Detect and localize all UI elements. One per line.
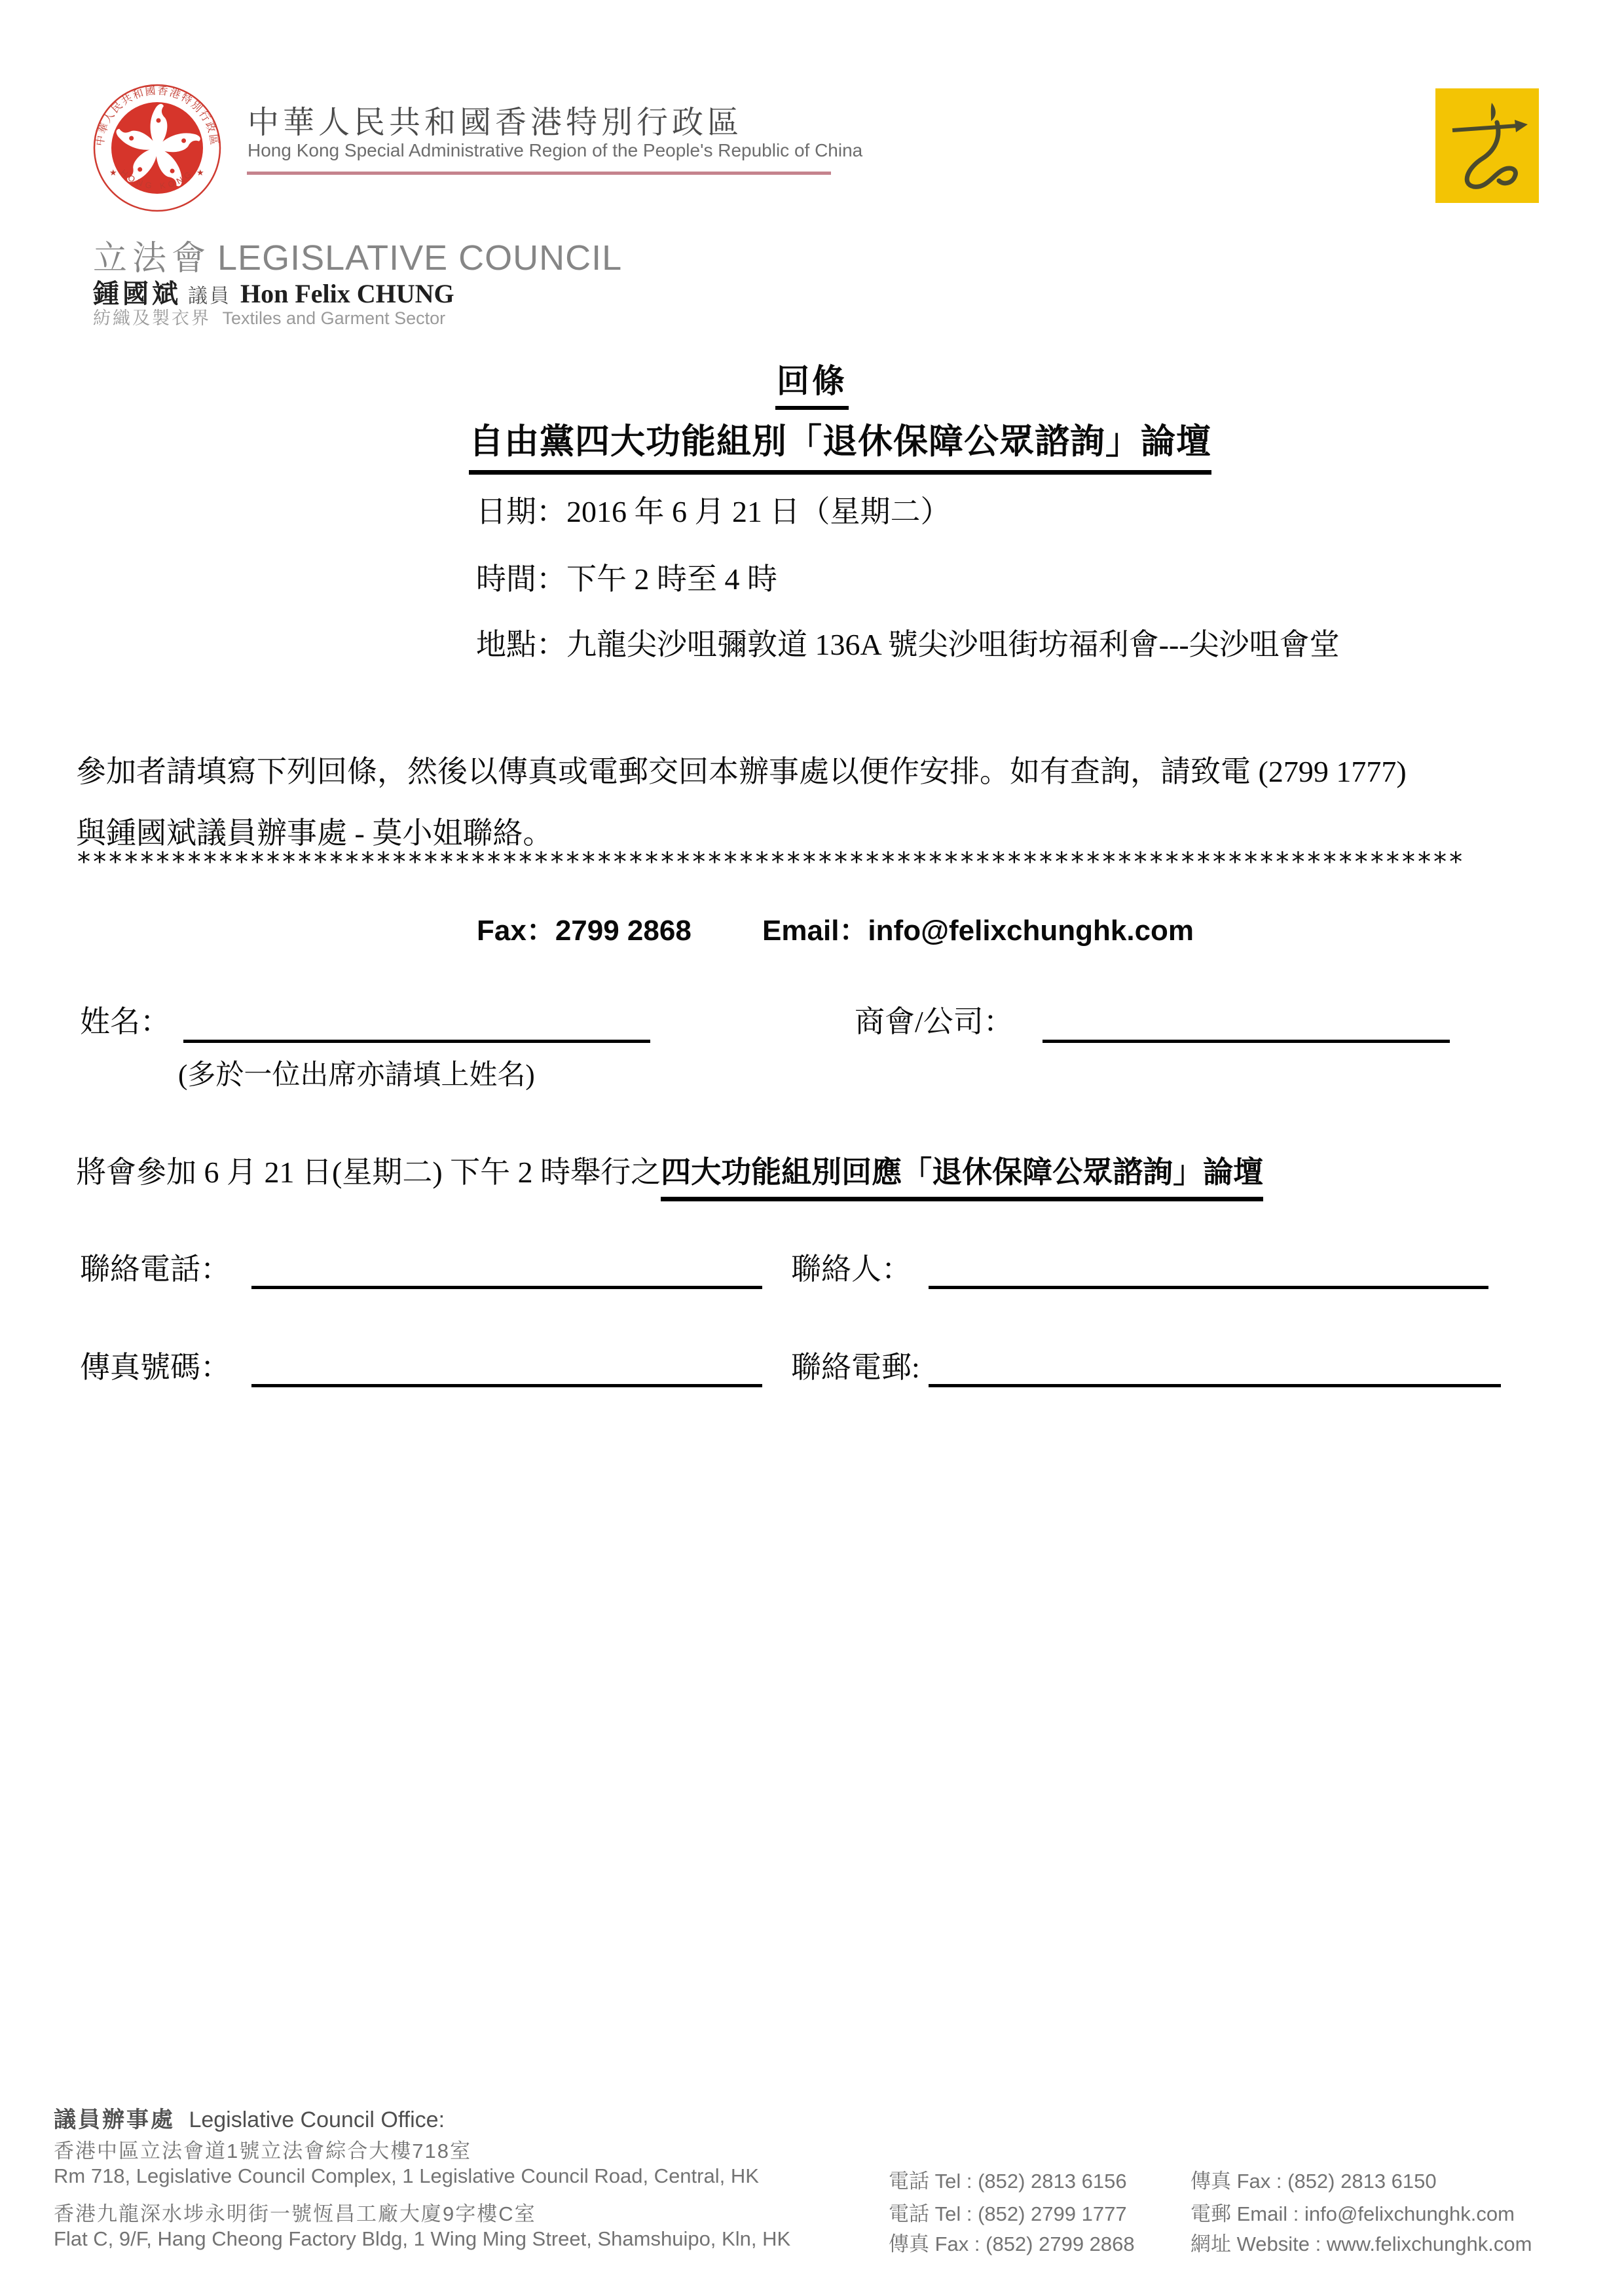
footer-fax-1: 傳真 Fax : (852) 2813 6150 <box>1190 2164 1437 2194</box>
emblem-star-right: ★ <box>196 168 204 177</box>
email-field-blank <box>929 1347 1501 1387</box>
name-field-label: 姓名： <box>80 998 170 1041</box>
attendance-highlight: 四大功能組別回應「退休保障公眾諮詢」論壇 <box>661 1148 1263 1201</box>
attendance-statement: 將會參加 6 月 21 日(星期二) 下午 2 時舉行之四大功能組別回應「退休保… <box>76 1148 1263 1201</box>
footer-website: 網址 Website : www.felixchunghk.com <box>1190 2227 1532 2257</box>
footer-address2-zh: 香港九龍深水埗永明街一號恆昌工廠大廈9字樓C室 <box>54 2197 536 2227</box>
company-field-label: 商會/公司： <box>855 998 1014 1041</box>
fax-email-row: Fax：2799 2868 Email：info@felixchunghk.co… <box>477 907 1194 949</box>
sector-en: Textiles and Garment Sector <box>223 308 446 328</box>
sector-line: 紡織及製衣界 Textiles and Garment Sector <box>93 304 445 329</box>
event-date-line: 日期：2016 年 6 月 21 日（星期二） <box>476 488 951 531</box>
instruction-line-1: 參加者請填寫下列回條，然後以傳真或電郵交回本辦事處以便作安排。如有查詢，請致電 … <box>76 748 1407 791</box>
faxno-field-blank <box>251 1347 762 1387</box>
slip-title: 回條 <box>775 355 849 410</box>
legco-title: 立法會 LEGISLATIVE COUNCIL <box>93 230 622 280</box>
instruction-line-2: 與鍾國斌議員辦事處 - 莫小姐聯絡。 <box>76 809 553 852</box>
faxno-field-label: 傳真號碼： <box>80 1343 231 1387</box>
hksar-emblem-icon: 中華人民共和國香港特別行政區 HONG KONG ★ ★ <box>92 81 223 215</box>
company-field-blank <box>1043 1003 1450 1043</box>
asterisk-separator: ****************************************… <box>76 847 1464 877</box>
name-note: (多於一位出席亦請填上姓名) <box>178 1053 535 1093</box>
legco-logo-icon <box>1435 88 1539 203</box>
contact-field-label: 聯絡人： <box>791 1245 912 1288</box>
sector-zh: 紡織及製衣界 <box>93 308 211 328</box>
event-time-line: 時間：下午 2 時至 4 時 <box>476 555 777 598</box>
legco-title-zh: 立法會 <box>93 240 211 278</box>
footer-office-en: Legislative Council Office: <box>189 2107 445 2132</box>
footer-address2-en: Flat C, 9/F, Hang Cheong Factory Bldg, 1… <box>54 2227 790 2251</box>
phone-field-label: 聯絡電話： <box>80 1245 231 1288</box>
footer-office-zh: 議員辦事處 <box>54 2107 175 2132</box>
footer-email: 電郵 Email : info@felixchunghk.com <box>1190 2197 1515 2227</box>
footer-address1-zh: 香港中區立法會道1號立法會綜合大樓718室 <box>54 2134 471 2164</box>
footer-address1-en: Rm 718, Legislative Council Complex, 1 L… <box>54 2164 759 2188</box>
document-page: 中華人民共和國香港特別行政區 HONG KONG ★ ★ 中華人民共和國香港特別… <box>0 0 1624 2296</box>
reply-fax-number: Fax：2799 2868 <box>477 915 692 947</box>
footer-tel-1: 電話 Tel : (852) 2813 6156 <box>889 2164 1127 2194</box>
header-divider-rule <box>247 172 831 175</box>
legco-title-en: LEGISLATIVE COUNCIL <box>217 238 622 278</box>
phone-field-blank <box>251 1249 762 1289</box>
footer-fax-2: 傳真 Fax : (852) 2799 2868 <box>889 2227 1135 2257</box>
contact-field-blank <box>929 1249 1488 1289</box>
reply-email-address: Email：info@felixchunghk.com <box>762 915 1194 947</box>
hksar-title-en: Hong Kong Special Administrative Region … <box>248 140 862 161</box>
slip-title-wrap: 回條 <box>0 355 1624 410</box>
event-venue-line: 地點：九龍尖沙咀彌敦道 136A 號尖沙咀街坊福利會---尖沙咀會堂 <box>476 621 1340 664</box>
event-title: 自由黨四大功能組別「退休保障公眾諮詢」論壇 <box>469 414 1211 475</box>
footer-tel-2: 電話 Tel : (852) 2799 1777 <box>889 2197 1127 2227</box>
email-field-label: 聯絡電郵: <box>791 1343 920 1387</box>
attendance-prefix: 將會參加 6 月 21 日(星期二) 下午 2 時舉行之 <box>76 1156 661 1189</box>
name-field-blank <box>183 1003 650 1043</box>
hksar-title-zh: 中華人民共和國香港特別行政區 <box>248 97 743 142</box>
emblem-star-left: ★ <box>109 168 117 177</box>
event-title-text: 自由黨四大功能組別「退休保障公眾諮詢」論壇 <box>469 414 1211 475</box>
footer-office-heading: 議員辦事處 Legislative Council Office: <box>54 2102 445 2134</box>
